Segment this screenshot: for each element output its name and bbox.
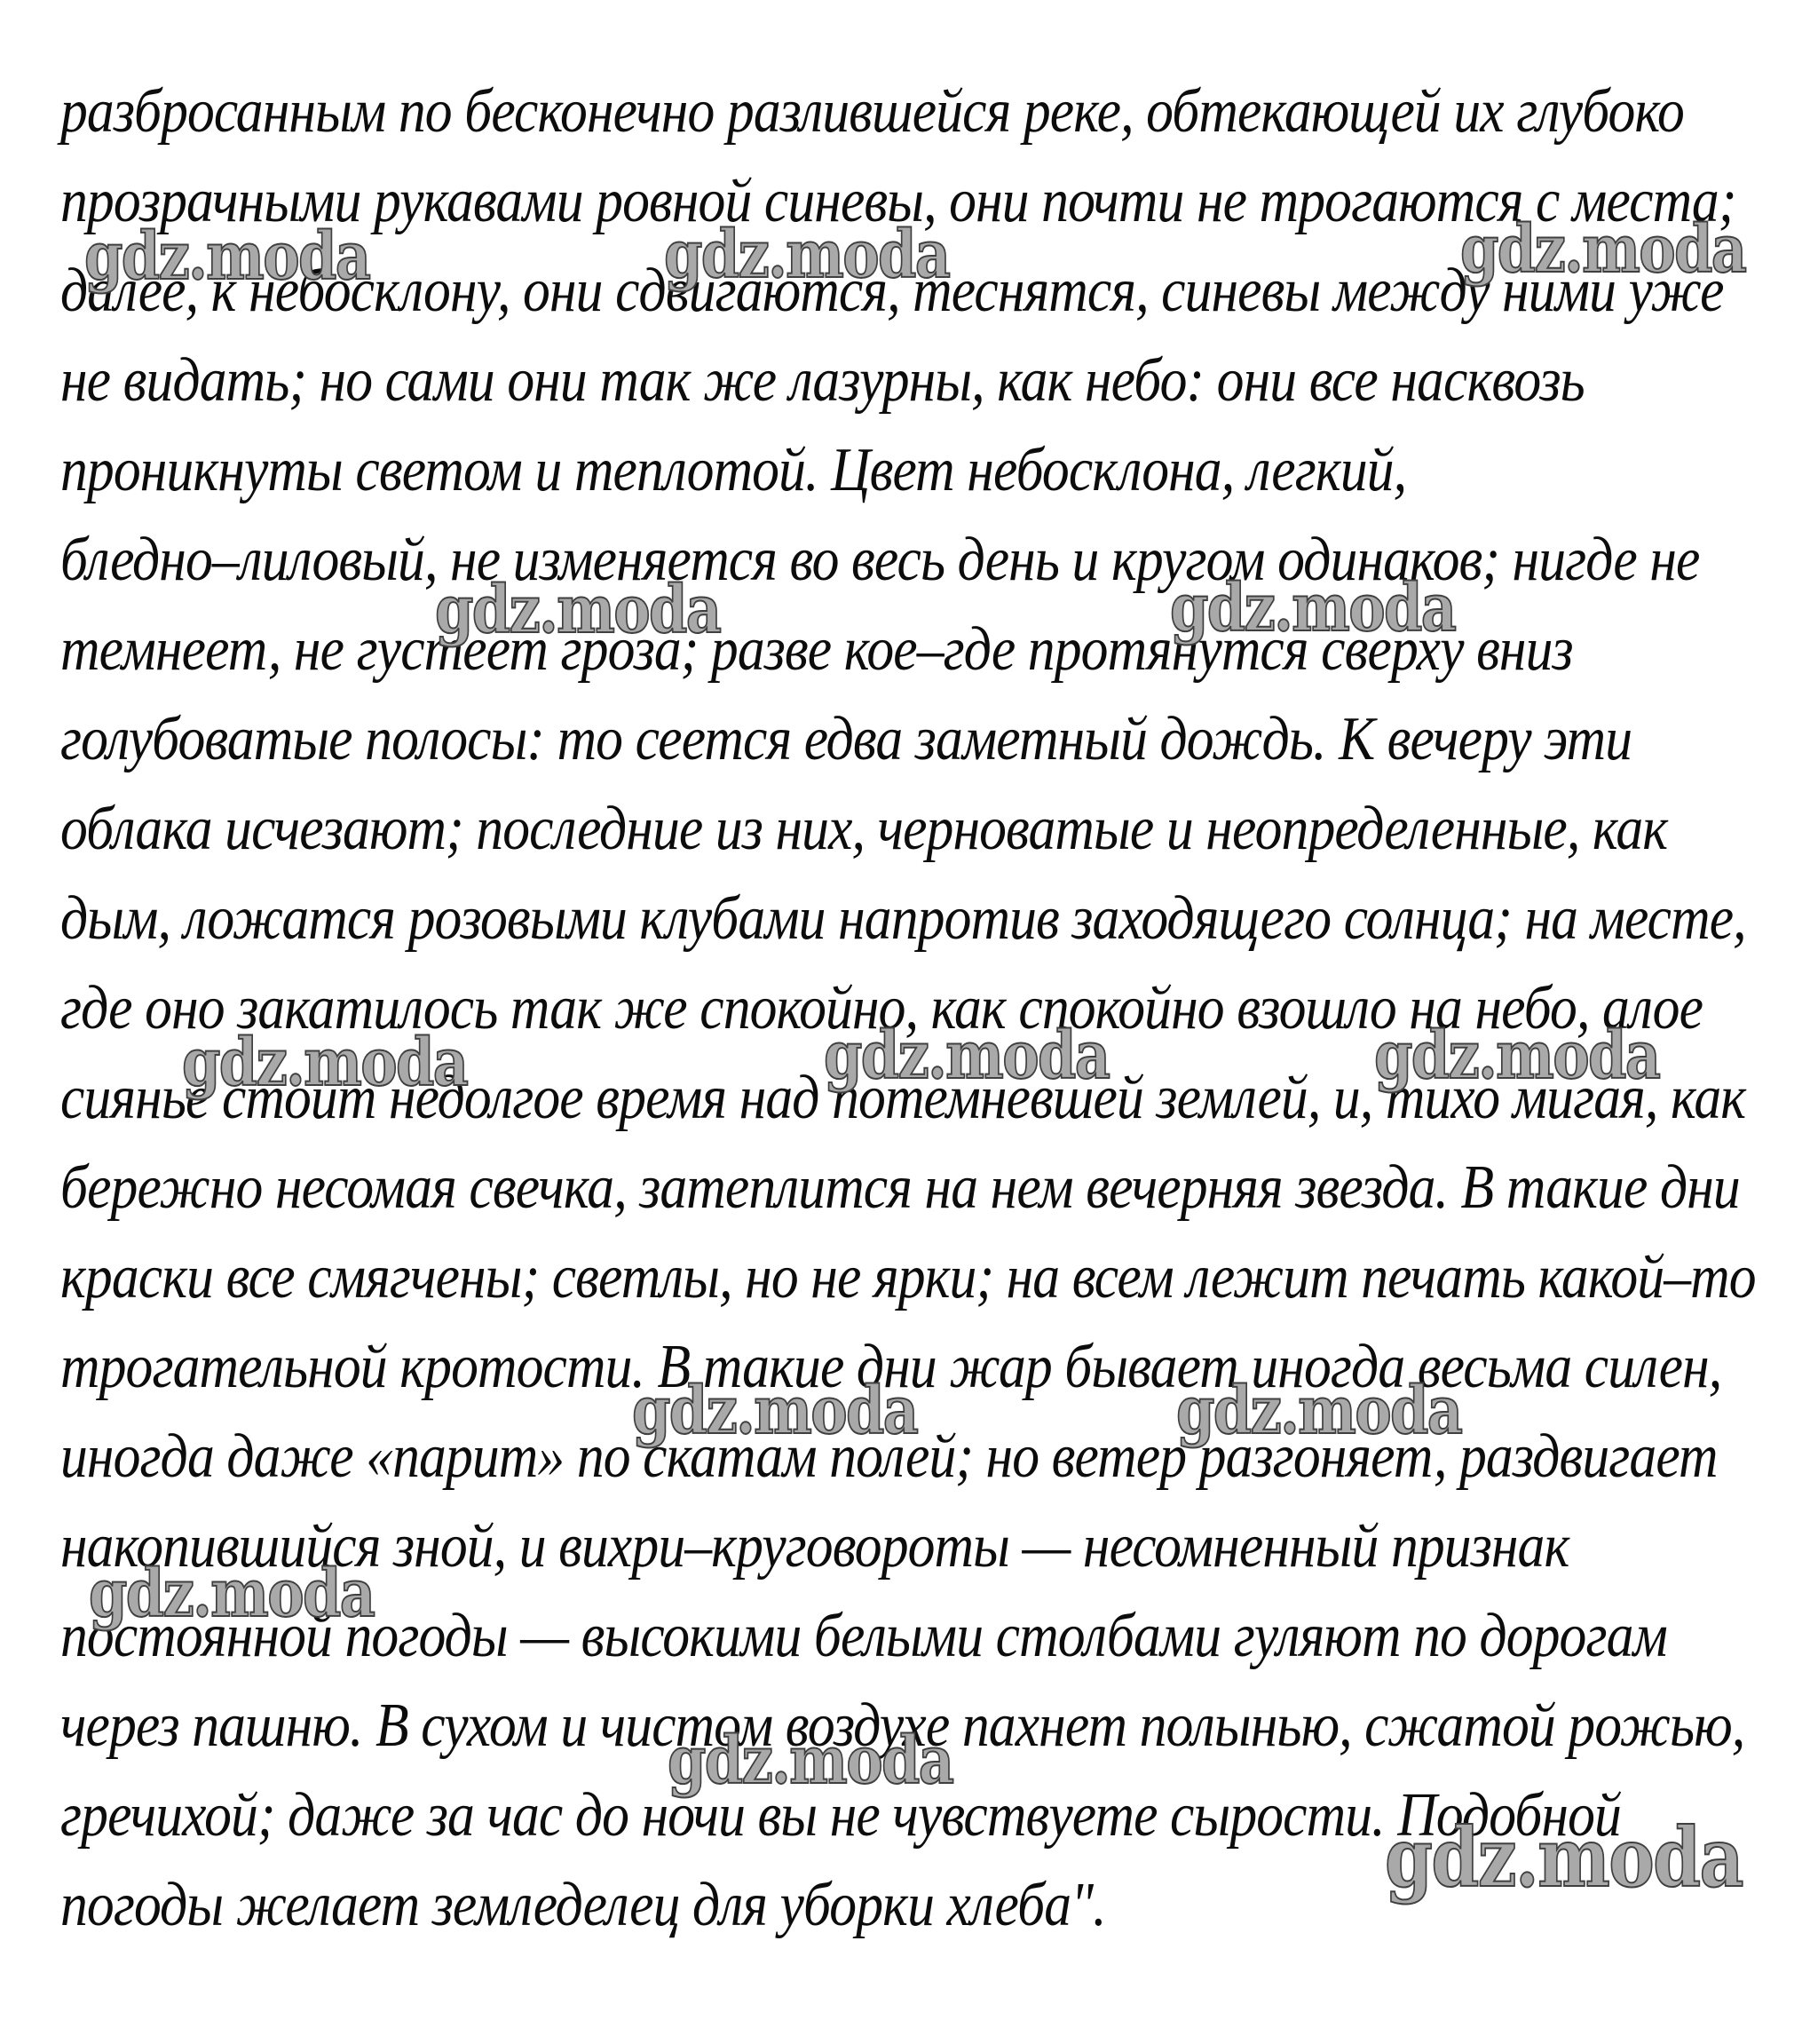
text-line: голубоватые полосы: то сеется едва замет… (60, 702, 1632, 777)
text-line: разбросанным по бесконечно разлившейся р… (60, 75, 1684, 149)
watermark: gdz.moda (1374, 1023, 1659, 1089)
watermark: gdz.moda (1170, 575, 1455, 641)
watermark: gdz.moda (182, 1030, 467, 1096)
watermark: gdz.moda (1385, 1817, 1743, 1898)
watermark: gdz.moda (1460, 217, 1745, 282)
text-line: не видать; но сами они так же лазурны, к… (60, 344, 1585, 418)
text-line: погоды желает земледелец для уборки хлеб… (60, 1868, 1106, 1943)
watermark: gdz.moda (89, 1561, 374, 1627)
watermark: gdz.moda (1176, 1378, 1461, 1444)
watermark: gdz.moda (632, 1378, 917, 1444)
document-page: разбросанным по бесконечно разлившейся р… (0, 0, 1810, 2044)
text-line: проникнуты светом и теплотой. Цвет небос… (60, 433, 1406, 508)
watermark: gdz.moda (664, 222, 949, 288)
watermark: gdz.moda (435, 577, 720, 643)
watermark: gdz.moda (668, 1728, 952, 1794)
text-line: дым, ложатся розовыми клубами напротив з… (60, 882, 1746, 956)
text-line: облака исчезают; последние из них, черно… (60, 792, 1667, 867)
watermark: gdz.moda (84, 224, 369, 289)
text-line: краски все смягчены; светлы, но не ярки;… (60, 1240, 1756, 1315)
text-line: бережно несомая свечка, затеплится на не… (60, 1151, 1740, 1225)
watermark: gdz.moda (824, 1023, 1109, 1089)
